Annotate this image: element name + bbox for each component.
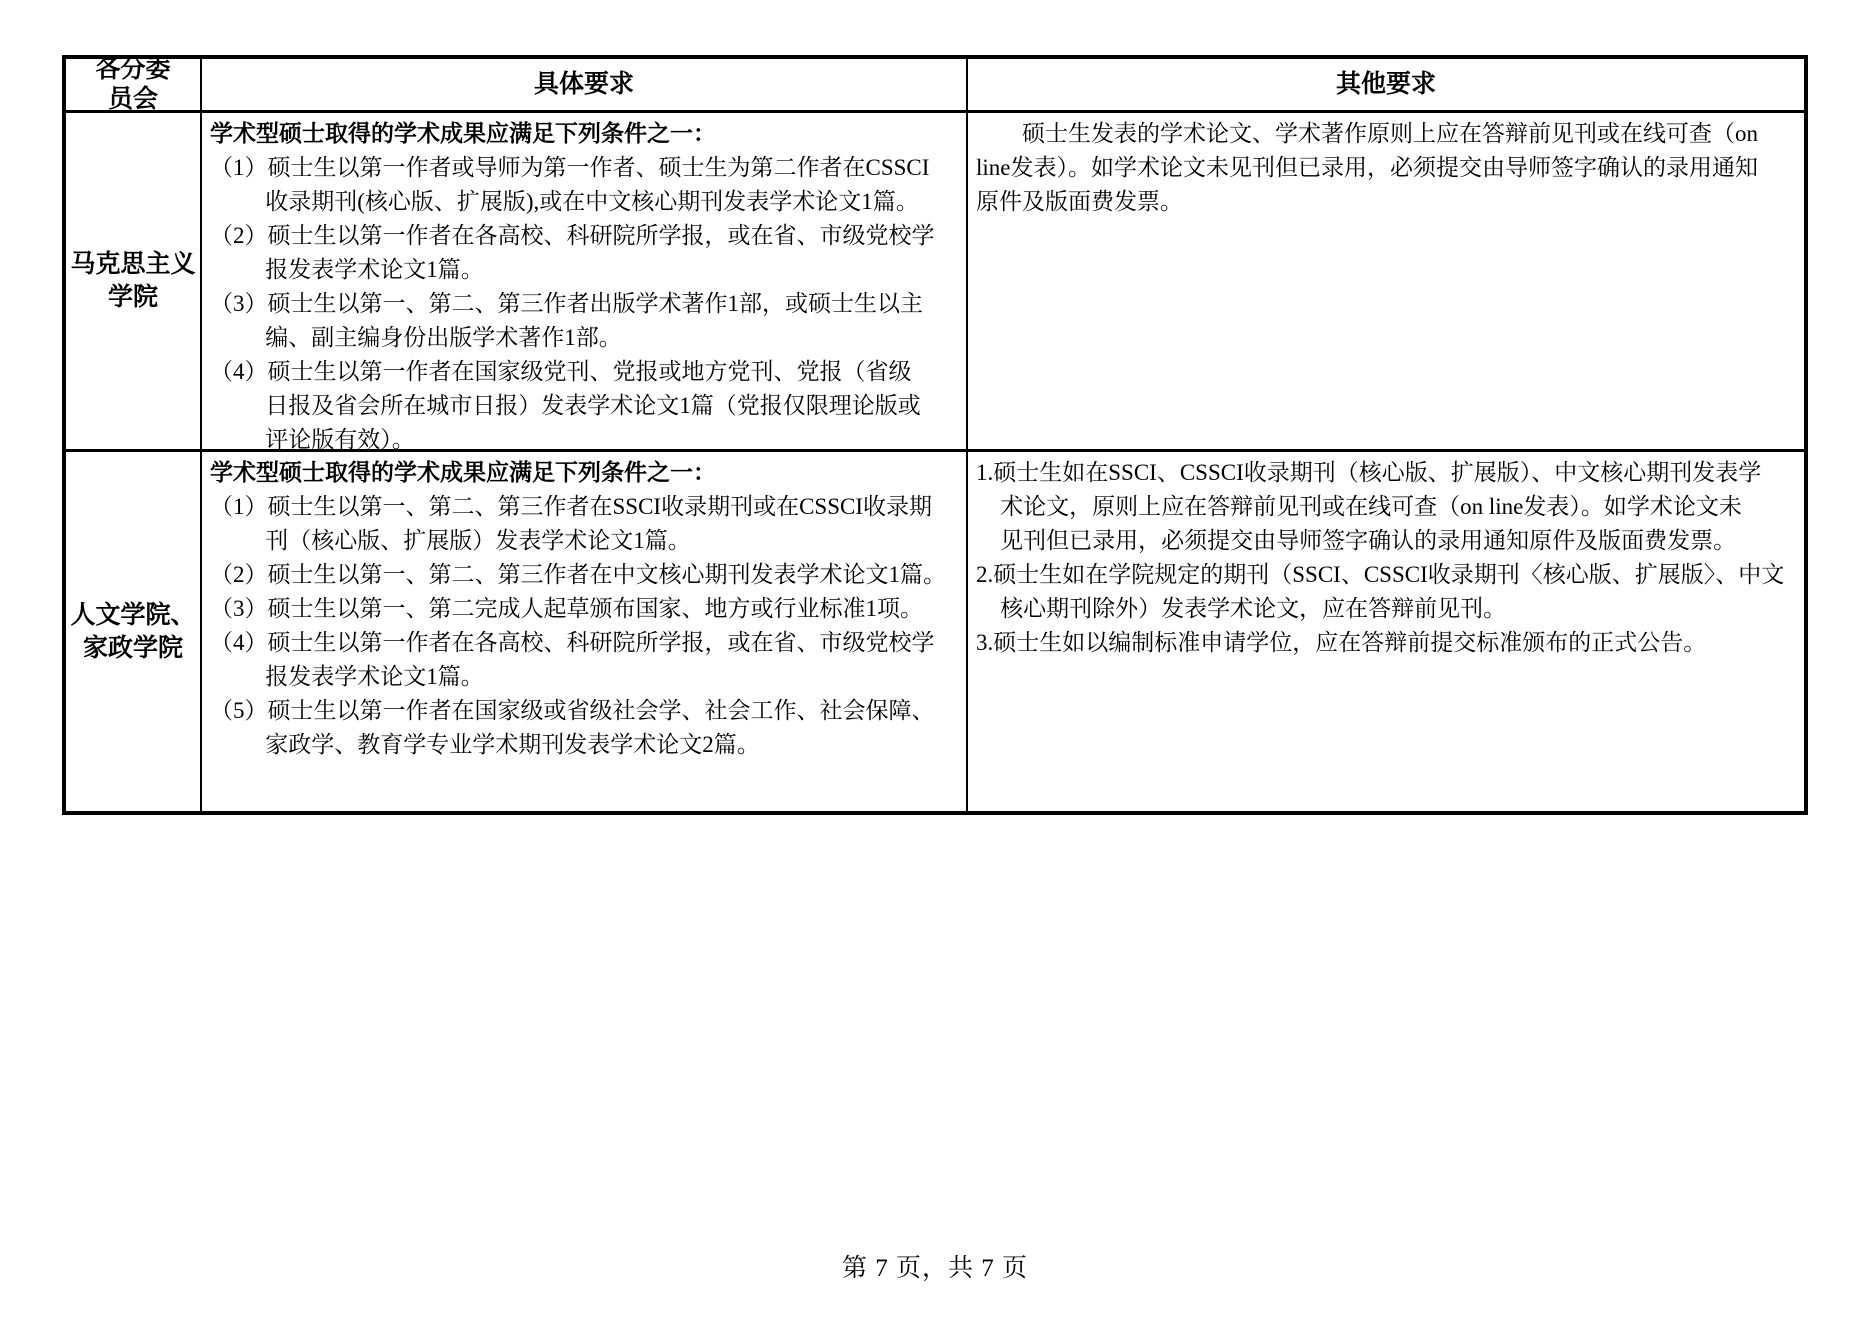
other-requirement-item: 2.硕士生如在学院规定的期刊（SSCI、CSSCI收录期刊〈核心版、扩展版〉、中… <box>976 558 1796 626</box>
other-requirements-cell: 硕士生发表的学术论文、学术著作原则上应在答辩前见刊或在线可查（on line发表… <box>968 113 1804 449</box>
specific-requirements-cell: 学术型硕士取得的学术成果应满足下列条件之一： （1）硕士生以第一、第二、第三作者… <box>202 452 968 811</box>
specific-requirements-cell: 学术型硕士取得的学术成果应满足下列条件之一： （1）硕士生以第一作者或导师为第一… <box>202 113 968 449</box>
other-requirement-item: 3.硕士生如以编制标准申请学位，应在答辩前提交标准颁布的正式公告。 <box>976 626 1796 660</box>
requirement-item: （5）硕士生以第一作者在国家级或省级社会学、社会工作、社会保障、 家政学、教育学… <box>210 694 958 762</box>
other-requirement-paragraph: 硕士生发表的学术论文、学术著作原则上应在答辩前见刊或在线可查（on line发表… <box>976 117 1796 219</box>
committee-name-cell: 马克思主义 学院 <box>66 113 202 449</box>
requirement-item: （2）硕士生以第一、第二、第三作者在中文核心期刊发表学术论文1篇。 <box>210 558 958 592</box>
requirement-heading: 学术型硕士取得的学术成果应满足下列条件之一： <box>210 117 958 151</box>
table-row-humanities-homeeconomics-college: 人文学院、 家政学院 学术型硕士取得的学术成果应满足下列条件之一： （1）硕士生… <box>66 449 1804 811</box>
committee-name-cell: 人文学院、 家政学院 <box>66 452 202 811</box>
other-requirement-item: 1.硕士生如在SSCI、CSSCI收录期刊（核心版、扩展版）、中文核心期刊发表学… <box>976 456 1796 558</box>
requirement-item: （1）硕士生以第一作者或导师为第一作者、硕士生为第二作者在CSSCI 收录期刊(… <box>210 151 958 219</box>
requirement-heading: 学术型硕士取得的学术成果应满足下列条件之一： <box>210 456 958 490</box>
requirement-item: （3）硕士生以第一、第二完成人起草颁布国家、地方或行业标准1项。 <box>210 592 958 626</box>
requirements-table: 各分委 员会 具体要求 其他要求 马克思主义 学院 学术型硕士取得的学术成果应满… <box>62 55 1808 815</box>
header-cell-committee: 各分委 员会 <box>66 59 202 110</box>
requirement-item: （4）硕士生以第一作者在国家级党刊、党报或地方党刊、党报（省级 日报及省会所在城… <box>210 355 958 449</box>
header-cell-other-requirements: 其他要求 <box>968 59 1804 110</box>
requirement-item: （2）硕士生以第一作者在各高校、科研院所学报，或在省、市级党校学 报发表学术论文… <box>210 219 958 287</box>
requirement-item: （1）硕士生以第一、第二、第三作者在SSCI收录期刊或在CSSCI收录期 刊（核… <box>210 490 958 558</box>
header-cell-specific-requirements: 具体要求 <box>202 59 968 110</box>
requirement-item: （4）硕士生以第一作者在各高校、科研院所学报，或在省、市级党校学 报发表学术论文… <box>210 626 958 694</box>
table-header-row: 各分委 员会 具体要求 其他要求 <box>66 59 1804 110</box>
document-page: 各分委 员会 具体要求 其他要求 马克思主义 学院 学术型硕士取得的学术成果应满… <box>0 0 1870 1323</box>
table-row-marxism-college: 马克思主义 学院 学术型硕士取得的学术成果应满足下列条件之一： （1）硕士生以第… <box>66 110 1804 449</box>
requirement-item: （3）硕士生以第一、第二、第三作者出版学术著作1部，或硕士生以主 编、副主编身份… <box>210 287 958 355</box>
page-footer: 第 7 页，共 7 页 <box>0 1248 1870 1284</box>
other-requirements-cell: 1.硕士生如在SSCI、CSSCI收录期刊（核心版、扩展版）、中文核心期刊发表学… <box>968 452 1804 811</box>
